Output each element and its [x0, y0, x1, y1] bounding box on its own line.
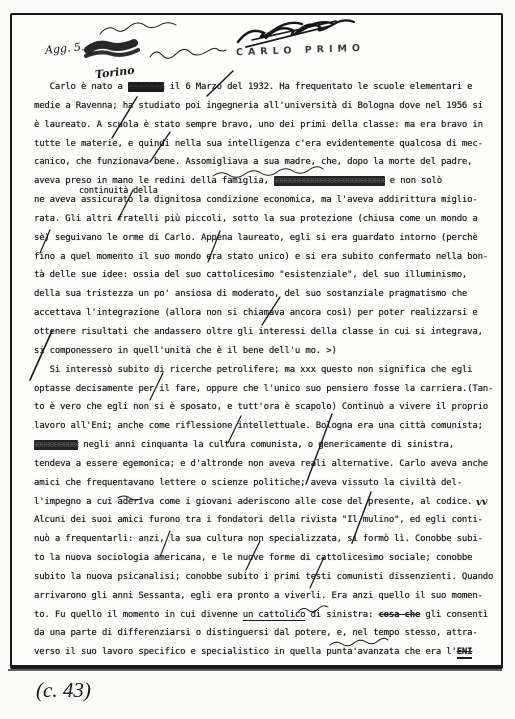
line-segment: aveva preso in mano le redini della fami… [34, 176, 274, 186]
text-line: medie a Ravenna; ha studiato poi ingegne… [34, 97, 496, 116]
text-line: subito la nuova psicanalisi; conobbe sub… [34, 568, 496, 587]
text-line: fino a quel momento il suo mondo era sta… [34, 248, 496, 267]
scan-border-bottom-shadow [8, 669, 502, 671]
obliterated-birthplace: XXXXXXX [128, 82, 165, 92]
line-segment: to. Fu quello il momento in cui divenne [34, 610, 243, 620]
text-line: accettava l'integrazione (allora non si … [34, 304, 496, 323]
text-line: to. Fu quello il momento in cui divenne … [34, 606, 496, 625]
text-line: canico, che funzionava bene. Assomigliav… [34, 153, 496, 172]
text-line: da una parte di differenziarsi o disting… [34, 624, 496, 643]
text-line: ottenere risultati che andassero oltre g… [34, 323, 496, 342]
line-segment: negli anni cinquanta la cultura comunist… [78, 440, 454, 450]
text-line: Alcuni dei suoi amici furono tra i fonda… [34, 511, 496, 530]
text-line: aveva preso in mano le redini della fami… [34, 172, 496, 191]
text-line: tà delle sue idee: ossia del suo cattoli… [34, 266, 496, 285]
underlined-phrase: un cattolico [243, 610, 306, 621]
text-line: l'impegno a cui aderiva come i giovani a… [34, 493, 496, 512]
text-line: to la nuova sociologia americana, e le n… [34, 549, 496, 568]
line-segment: gli consentì [420, 610, 488, 620]
text-line: si componessero in quell'unità che è il … [34, 342, 496, 361]
text-line: to è vero che egli non si è sposato, e t… [34, 398, 496, 417]
line-segment: Carlo è nato a [34, 82, 128, 92]
overstruck-text: xxxxxxxxxxxxxxxxxxxxxxxxx [274, 176, 384, 186]
text-line: optasse decisamente per il fare, oppure … [34, 380, 496, 399]
text-line: verso il suo lavoro specifico e speciali… [34, 643, 496, 662]
text-line: rata. Gli altri fratelli più piccoli, so… [34, 210, 496, 229]
page-caption: (c. 43) [36, 678, 91, 703]
text-line: xxxxxxxxxx negli anni cinquanta la cultu… [34, 436, 496, 455]
overstruck-text: xxxxxxxxxx [34, 440, 78, 450]
struck-phrase: cosa che [378, 610, 420, 620]
text-line: sè) seguivano le orme di Carlo. Appena l… [34, 229, 496, 248]
scanned-typewritten-page: { "annotations": { "corner_label": "Agg.… [0, 0, 515, 719]
text-line: Carlo è nato a XXXXXXX il 6 Marzo del 19… [34, 78, 496, 97]
line-segment: il 6 Marzo del 1932. Ha frequentato le s… [164, 82, 472, 92]
eni-emphasis: ENI [457, 647, 473, 659]
text-line: della sua tristezza un po' ansiosa di mo… [34, 285, 496, 304]
text-line: tendeva a essere egemonica; e d'altronde… [34, 455, 496, 474]
text-line: arrivarono gli anni Sessanta, egli era p… [34, 587, 496, 606]
line-segment: e non solò [385, 176, 442, 186]
typed-text-block: Carlo è nato a XXXXXXX il 6 Marzo del 19… [34, 78, 496, 662]
text-line: nuò a frequentarli: anzi, la sua cultura… [34, 530, 496, 549]
text-line: tutte le materie, e quindi nella sua int… [34, 135, 496, 154]
text-line: è laureato. A scuola è stato sempre brav… [34, 116, 496, 135]
text-line: amici che frequentavano lettere o scienz… [34, 474, 496, 493]
text-line: lavoro all'Eni; anche come riflessione i… [34, 417, 496, 436]
line-segment: verso il suo lavoro specifico e speciali… [34, 647, 457, 657]
line-segment: di sinistra: [305, 610, 378, 620]
text-line: Si interessò subito di ricerche petrolif… [34, 361, 496, 380]
text-line: ne aveva assicurato la dignitosa condizi… [34, 191, 496, 210]
